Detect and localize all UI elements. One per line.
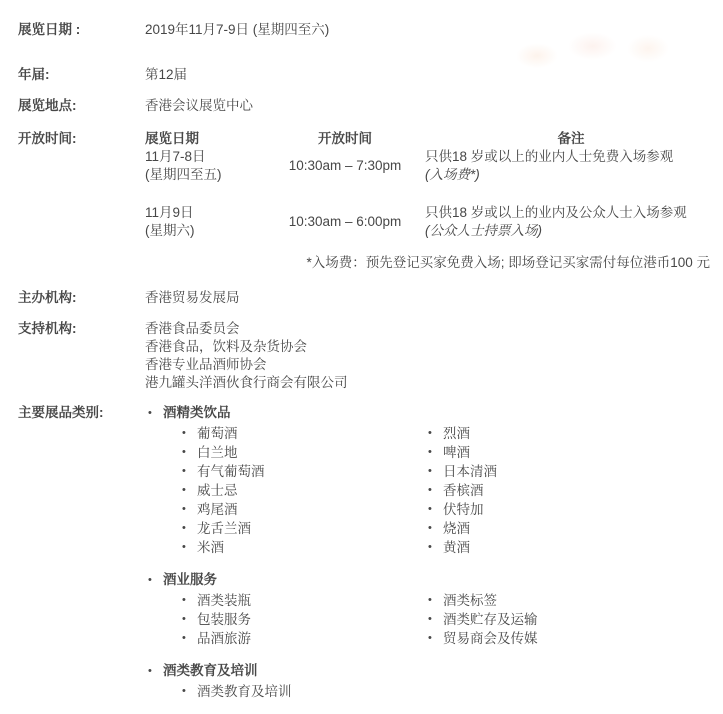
bullet-icon: • <box>428 424 432 443</box>
list-item: •龙舌兰酒 <box>145 519 428 538</box>
category-list-right: •酒类标签 •酒类贮存及运输 •贸易商会及传媒 <box>428 591 723 648</box>
cell-time: 10:30am – 7:30pm <box>265 148 425 184</box>
opening-hours-table: 展览日期 开放时间 备注 11月7-8日 (星期四至五) 10:30am – 7… <box>145 130 717 240</box>
bullet-icon: • <box>182 424 186 443</box>
header-remark: 备注 <box>425 130 717 148</box>
opening-hours-table-header: 展览日期 开放时间 备注 <box>145 130 717 148</box>
bullet-icon: • <box>428 538 432 557</box>
list-item: •酒类教育及培训 <box>145 682 428 701</box>
list-item: •包装服务 <box>145 610 428 629</box>
list-item: •贸易商会及传媒 <box>428 629 723 648</box>
list-item: •日本清酒 <box>428 462 723 481</box>
remark-note: (入场费*) <box>425 166 717 184</box>
bullet-icon: • <box>182 538 186 557</box>
list-item: •威士忌 <box>145 481 428 500</box>
category-group-title: • 酒精类饮品 <box>145 404 723 422</box>
bullet-icon: • <box>148 662 152 680</box>
remark-text: 只供18 岁或以上的业内及公众人士入场参观 <box>425 204 717 222</box>
edition-label: 年届: <box>18 66 145 84</box>
bullet-icon: • <box>182 443 186 462</box>
fact-sheet: 展览日期 : 2019年11月7-9日 (星期四至六) 年届: 第12届 展览地… <box>0 21 723 701</box>
bullet-icon: • <box>182 462 186 481</box>
supporter-item: 香港食品委员会 <box>145 320 723 338</box>
table-row: 11月7-8日 (星期四至五) 10:30am – 7:30pm 只供18 岁或… <box>145 148 717 184</box>
bullet-icon: • <box>148 571 152 589</box>
list-item: •酒类贮存及运输 <box>428 610 723 629</box>
organizer-label: 主办机构: <box>18 289 145 307</box>
list-item: •香槟酒 <box>428 481 723 500</box>
bullet-icon: • <box>148 404 152 422</box>
supporter-item: 港九罐头洋酒伙食行商会有限公司 <box>145 374 723 392</box>
field-edition: 年届: 第12届 <box>18 66 723 84</box>
list-item: •啤酒 <box>428 443 723 462</box>
bullet-icon: • <box>428 629 432 648</box>
category-list-left: •酒类教育及培训 <box>145 682 428 701</box>
bullet-icon: • <box>182 682 186 701</box>
bullet-icon: • <box>428 591 432 610</box>
field-organizer: 主办机构: 香港贸易发展局 <box>18 289 723 307</box>
remark-text: 只供18 岁或以上的业内人士免费入场参观 <box>425 148 717 166</box>
bullet-icon: • <box>182 629 186 648</box>
venue-label: 展览地点: <box>18 97 145 115</box>
list-item: •伏特加 <box>428 500 723 519</box>
header-time: 开放时间 <box>265 130 425 148</box>
category-group-title: • 酒业服务 <box>145 571 723 589</box>
category-group-alcoholic-drinks: • 酒精类饮品 •葡萄酒 •白兰地 •有气葡萄酒 •威士忌 •鸡尾酒 •龙舌兰酒… <box>145 404 723 557</box>
cell-date: 11月7-8日 (星期四至五) <box>145 148 265 184</box>
group-title-text: 酒精类饮品 <box>163 405 231 420</box>
remark-note: (公众人士持票入场) <box>425 222 717 240</box>
bullet-icon: • <box>182 591 186 610</box>
bullet-icon: • <box>182 481 186 500</box>
organizer-value: 香港贸易发展局 <box>145 289 723 307</box>
venue-value: 香港会议展览中心 <box>145 97 723 115</box>
group-title-text: 酒类教育及培训 <box>163 663 258 678</box>
supporter-item: 香港食品，饮料及杂货协会 <box>145 338 723 356</box>
field-supporters: 支持机构: 香港食品委员会 香港食品，饮料及杂货协会 香港专业品酒师协会 港九罐… <box>18 320 723 392</box>
date-line2: (星期四至五) <box>145 166 265 184</box>
list-item: •有气葡萄酒 <box>145 462 428 481</box>
admission-footnote: *入场费：预先登记买家免费入场; 即场登记买家需付每位港币100 元 <box>18 254 723 272</box>
cell-remark: 只供18 岁或以上的业内及公众人士入场参观 (公众人士持票入场) <box>425 204 717 240</box>
bullet-icon: • <box>428 462 432 481</box>
group-title-text: 酒业服务 <box>163 572 217 587</box>
edition-value: 第12届 <box>145 66 723 84</box>
supporters-label: 支持机构: <box>18 320 145 338</box>
exhibition-date-value: 2019年11月7-9日 (星期四至六) <box>145 21 723 39</box>
bullet-icon: • <box>182 610 186 629</box>
field-venue: 展览地点: 香港会议展览中心 <box>18 97 723 115</box>
field-exhibition-date: 展览日期 : 2019年11月7-9日 (星期四至六) <box>18 21 723 39</box>
bullet-icon: • <box>182 500 186 519</box>
cell-time: 10:30am – 6:00pm <box>265 204 425 240</box>
time-value: 10:30am – 7:30pm <box>289 157 402 175</box>
field-opening-hours: 开放时间: 展览日期 开放时间 备注 11月7-8日 (星期四至五) 10:30… <box>18 130 723 240</box>
supporter-item: 香港专业品酒师协会 <box>145 356 723 374</box>
date-line2: (星期六) <box>145 222 265 240</box>
time-value: 10:30am – 6:00pm <box>289 213 402 231</box>
cell-remark: 只供18 岁或以上的业内人士免费入场参观 (入场费*) <box>425 148 717 184</box>
category-group-wine-education: • 酒类教育及培训 •酒类教育及培训 <box>145 662 723 701</box>
categories-label: 主要展品类别: <box>18 404 145 422</box>
bullet-icon: • <box>428 481 432 500</box>
list-item: •酒类标签 <box>428 591 723 610</box>
bullet-icon: • <box>428 443 432 462</box>
list-item: •品酒旅游 <box>145 629 428 648</box>
category-list-right: •烈酒 •啤酒 •日本清酒 •香槟酒 •伏特加 •烧酒 •黄酒 <box>428 424 723 557</box>
bullet-icon: • <box>428 519 432 538</box>
date-line1: 11月9日 <box>145 204 265 222</box>
list-item: •米酒 <box>145 538 428 557</box>
exhibition-date-label: 展览日期 : <box>18 21 145 39</box>
list-item: •葡萄酒 <box>145 424 428 443</box>
category-list-left: •葡萄酒 •白兰地 •有气葡萄酒 •威士忌 •鸡尾酒 •龙舌兰酒 •米酒 <box>145 424 428 557</box>
supporters-list: 香港食品委员会 香港食品，饮料及杂货协会 香港专业品酒师协会 港九罐头洋酒伙食行… <box>145 320 723 392</box>
list-item: •白兰地 <box>145 443 428 462</box>
bullet-icon: • <box>428 500 432 519</box>
field-categories: 主要展品类别: • 酒精类饮品 •葡萄酒 •白兰地 •有气葡萄酒 •威士忌 •鸡… <box>18 404 723 701</box>
category-list-left: •酒类装瓶 •包装服务 •品酒旅游 <box>145 591 428 648</box>
category-group-wine-services: • 酒业服务 •酒类装瓶 •包装服务 •品酒旅游 •酒类标签 •酒类贮存及运输 … <box>145 571 723 648</box>
bullet-icon: • <box>428 610 432 629</box>
list-item: •黄酒 <box>428 538 723 557</box>
list-item: •酒类装瓶 <box>145 591 428 610</box>
cell-date: 11月9日 (星期六) <box>145 204 265 240</box>
date-line1: 11月7-8日 <box>145 148 265 166</box>
category-group-title: • 酒类教育及培训 <box>145 662 723 680</box>
header-date: 展览日期 <box>145 130 265 148</box>
table-row: 11月9日 (星期六) 10:30am – 6:00pm 只供18 岁或以上的业… <box>145 204 717 240</box>
opening-hours-label: 开放时间: <box>18 130 145 148</box>
list-item: •鸡尾酒 <box>145 500 428 519</box>
bullet-icon: • <box>182 519 186 538</box>
list-item: •烈酒 <box>428 424 723 443</box>
list-item: •烧酒 <box>428 519 723 538</box>
